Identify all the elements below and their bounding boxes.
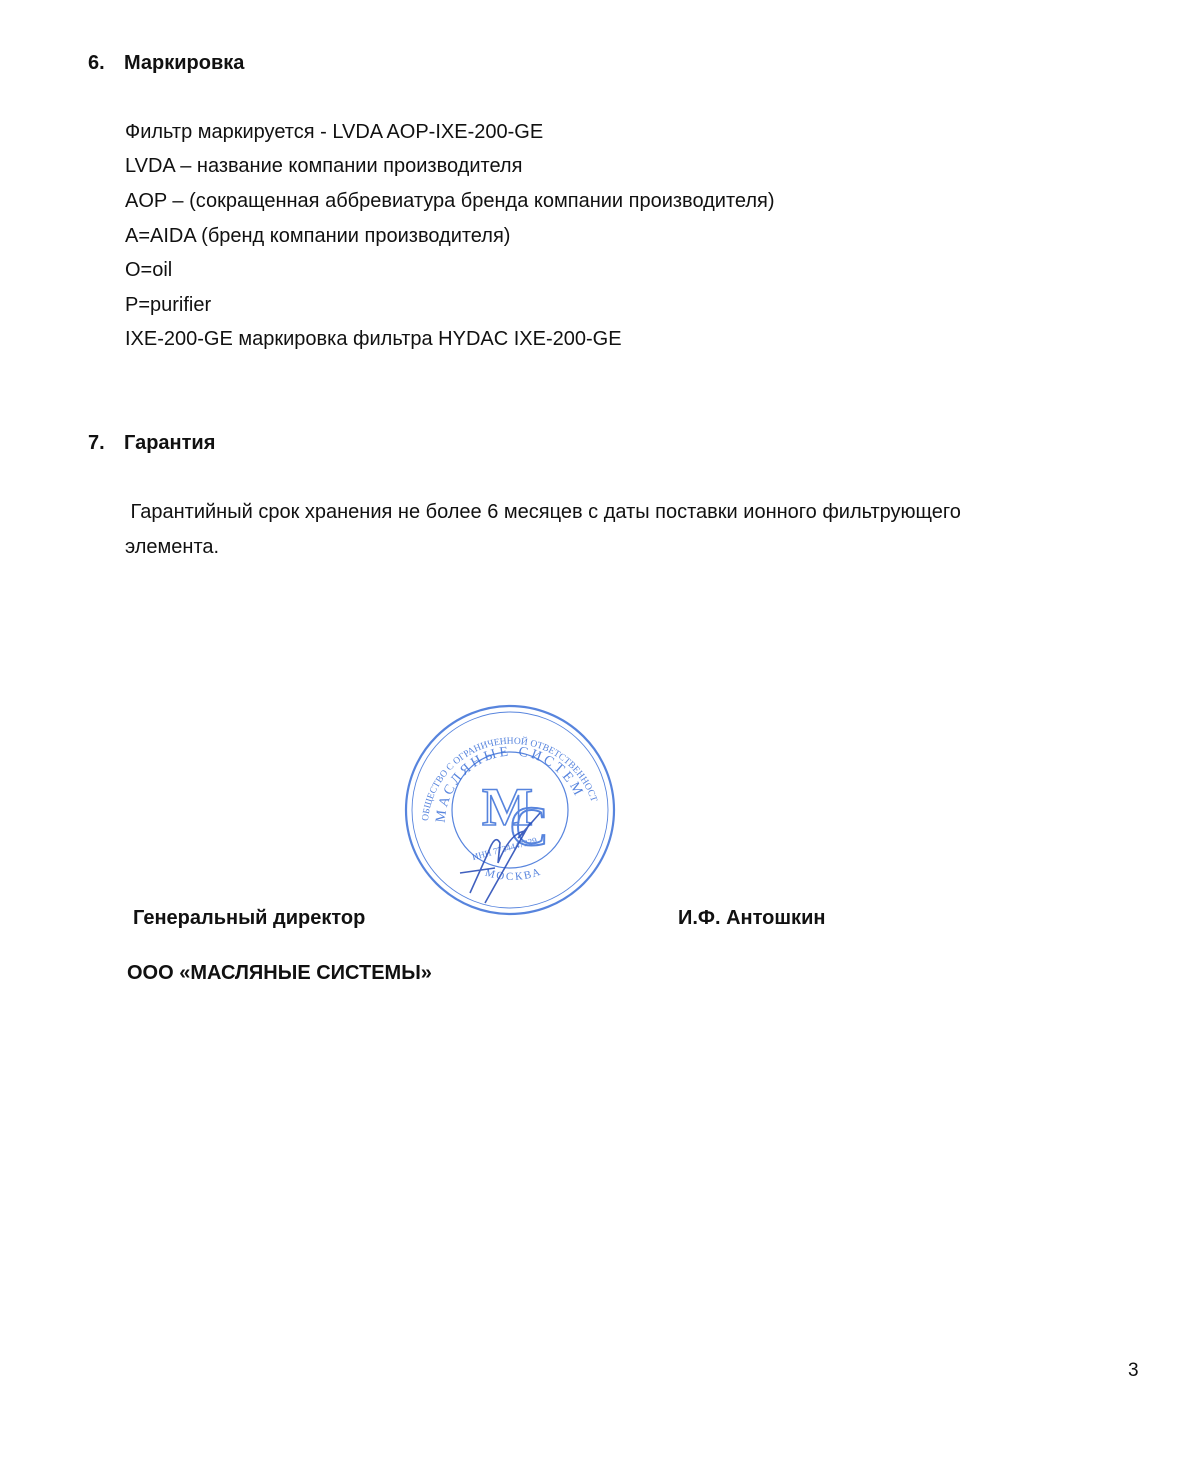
- marking-line: P=purifier: [125, 294, 211, 317]
- marking-line: LVDA – название компании производителя: [125, 155, 522, 178]
- marking-line: AOP – (сокращенная аббревиатура бренда к…: [125, 190, 775, 213]
- signer-name: И.Ф. Антошкин: [678, 907, 825, 930]
- section-6-heading: 6.Маркировка: [88, 52, 244, 75]
- warranty-text: элемента.: [125, 536, 219, 559]
- marking-line: A=AIDA (бренд компании производителя): [125, 225, 510, 248]
- section-title: Маркировка: [124, 52, 244, 74]
- company-name: ООО «МАСЛЯНЫЕ СИСТЕМЫ»: [127, 962, 432, 985]
- marking-line: O=oil: [125, 259, 172, 282]
- company-stamp: ОБЩЕСТВО С ОГРАНИЧЕННОЙ ОТВЕТСТВЕННОСТЬЮ…: [400, 703, 620, 918]
- warranty-text: Гарантийный срок хранения не более 6 мес…: [125, 501, 961, 524]
- marking-line: IXE-200-GE маркировка фильтра HYDAC IXE-…: [125, 328, 622, 351]
- section-title: Гарантия: [124, 432, 215, 454]
- page-number: 3: [1128, 1360, 1139, 1382]
- section-number: 7.: [88, 432, 124, 455]
- section-number: 6.: [88, 52, 124, 75]
- marking-line: Фильтр маркируется - LVDA AOP-IXE-200-GE: [125, 121, 543, 144]
- section-7-heading: 7.Гарантия: [88, 432, 215, 455]
- signer-position: Генеральный директор: [133, 907, 365, 930]
